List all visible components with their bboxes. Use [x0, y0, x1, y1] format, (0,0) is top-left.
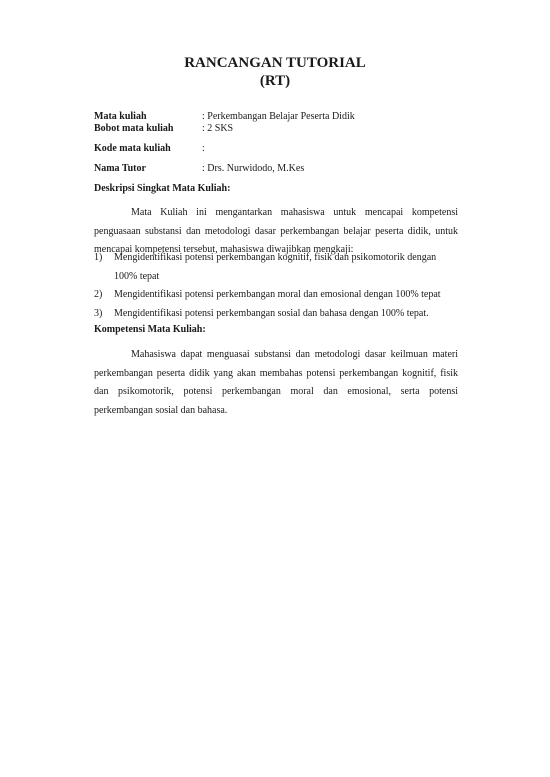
meta-label: Nama Tutor [94, 163, 202, 175]
list-text: Mengidentifikasi potensi perkembangan ko… [114, 252, 436, 282]
meta-value: : Perkembangan Belajar Peserta Didik [202, 111, 355, 123]
meta-row-kode: Kode mata kuliah: [94, 143, 205, 155]
meta-value: : 2 SKS [202, 123, 233, 135]
meta-label: Kode mata kuliah [94, 143, 202, 155]
competence-heading: Kompetensi Mata Kuliah: [94, 324, 206, 336]
document-title: RANCANGAN TUTORIAL [0, 54, 550, 72]
list-item: 2) Mengidentifikasi potensi perkembangan… [94, 286, 458, 305]
document-page: RANCANGAN TUTORIAL (RT) Mata kuliah: Per… [0, 0, 550, 777]
objectives-list: 1) Mengidentifikasi potensi perkembangan… [94, 249, 458, 323]
meta-label: Mata kuliah [94, 111, 202, 123]
list-text: Mengidentifikasi potensi perkembangan mo… [114, 289, 441, 300]
meta-value: : Drs. Nurwidodo, M.Kes [202, 163, 304, 175]
description-heading: Deskripsi Singkat Mata Kuliah: [94, 183, 230, 195]
document-subtitle: (RT) [0, 72, 550, 90]
meta-row-bobot: Bobot mata kuliah: 2 SKS [94, 123, 233, 135]
list-number: 2) [94, 286, 102, 305]
list-number: 1) [94, 249, 102, 268]
list-text: Mengidentifikasi potensi perkembangan so… [114, 308, 429, 319]
meta-row-nama-tutor: Nama Tutor: Drs. Nurwidodo, M.Kes [94, 163, 304, 175]
list-number: 3) [94, 305, 102, 324]
list-item: 3) Mengidentifikasi potensi perkembangan… [94, 305, 458, 324]
competence-paragraph: Mahasiswa dapat menguasai substansi dan … [94, 346, 458, 420]
meta-label: Bobot mata kuliah [94, 123, 202, 135]
list-item: 1) Mengidentifikasi potensi perkembangan… [94, 249, 458, 286]
meta-value: : [202, 143, 205, 155]
meta-row-mata-kuliah: Mata kuliah: Perkembangan Belajar Pesert… [94, 111, 355, 123]
